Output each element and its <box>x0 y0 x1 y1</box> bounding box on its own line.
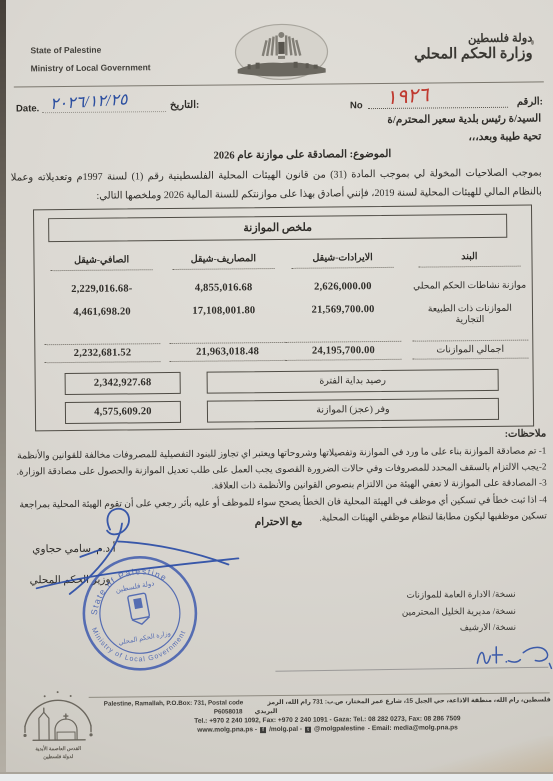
surplus-deficit-value: 4,575,609.20 <box>65 401 181 424</box>
photo-speck <box>531 40 534 45</box>
footer-web-line: www.molg.pna.ps - f /molg.pal - t @molgp… <box>104 723 551 734</box>
photo-bottom-surface <box>0 772 553 781</box>
greeting-line: تحية طيبة وبعد،،، <box>468 130 541 143</box>
facebook-icon: f <box>260 727 266 733</box>
col-header-item: البند <box>407 251 531 268</box>
surplus-deficit-label: وفر (عجز) الموازنة <box>207 398 499 423</box>
header-divider <box>14 81 544 87</box>
row-revenues: 2,626,000.00 <box>278 281 407 293</box>
ref-number-label-ar: الرقم: <box>517 96 543 107</box>
table-row: الموازنات ذات الطبيعة التجارية 21,569,70… <box>35 303 532 330</box>
row-net: 4,461,698.20 <box>35 306 169 329</box>
col-header-expenses: المصاريف-شيقل <box>169 253 278 270</box>
opening-balance-label: رصيد بداية الفترة <box>207 369 499 394</box>
total-revenues: 24,195,700.00 <box>279 341 408 361</box>
row-net: 2,229,016.68- <box>35 283 169 295</box>
header-arabic: دولة فلسطين وزارة الحكم المحلي <box>414 31 533 64</box>
table-title: ملخص الموازنة <box>48 214 507 242</box>
svg-text:وزارة الحكم المحلي: وزارة الحكم المحلي <box>118 629 172 647</box>
minister-signature-ink <box>22 498 253 610</box>
budget-summary-table: ملخص الموازنة البند الايرادات-شيقل المصا… <box>33 205 534 432</box>
photo-corner-highlight <box>418 736 553 774</box>
ref-number-handwritten: ١٩٢٦ <box>385 82 430 110</box>
header-ar-line1: دولة فلسطين <box>414 31 533 46</box>
footer-postal-ar: البريدي <box>255 708 278 715</box>
body-paragraph: بموجب الصلاحيات المخولة لي بموجب المادة … <box>11 164 542 206</box>
twitter-icon: t <box>305 726 311 732</box>
footer-website: www.molg.pna.ps - <box>197 726 257 734</box>
logo-caption-1: القدس العاصمة الأبدية <box>35 744 81 752</box>
letter-content: State of Palestine Ministry of Local Gov… <box>0 0 553 781</box>
row-item-label: موازنة نشاطات الحكم المحلي <box>407 280 531 292</box>
header-en-line1: State of Palestine <box>30 40 150 59</box>
copy-line: نسخة/ الادارة العامة للموازنات <box>402 586 516 604</box>
footer-twitter-handle: @molgpalestine <box>314 725 365 732</box>
row-item-label: الموازنات ذات الطبيعة التجارية <box>408 303 532 326</box>
footer-block: Palestine, Ramallah, P.O.Box: 731, Posta… <box>104 696 551 734</box>
opening-balance-value: 2,342,927.68 <box>65 372 181 395</box>
jerusalem-logo-icon: القدس العاصمة الأبدية لدولة فلسطين <box>17 680 100 767</box>
header-en-line2: Ministry of Local Government <box>31 58 151 77</box>
col-header-net: الصافي-شيقل <box>34 254 168 271</box>
col-header-revenues: الايرادات-شيقل <box>278 252 407 269</box>
table-header-row: البند الايرادات-شيقل المصاريف-شيقل الصاف… <box>34 251 531 272</box>
table-total-row: اجمالي الموازنات 24,195,700.00 21,963,01… <box>35 340 532 364</box>
photo-speck <box>537 96 539 99</box>
copy-line: نسخة/ الارشيف <box>402 619 516 637</box>
footer-postal-code: P6058018 <box>214 708 243 715</box>
ref-number-label-en: No <box>350 100 363 111</box>
header-english: State of Palestine Ministry of Local Gov… <box>30 40 150 78</box>
row-expenses: 17,108,001.80 <box>169 305 279 328</box>
table-row: موازنة نشاطات الحكم المحلي 2,626,000.00 … <box>35 280 532 296</box>
total-net: 2,232,681.52 <box>35 343 169 363</box>
total-expenses: 21,963,018.48 <box>169 342 279 362</box>
date-label-en: Date. <box>16 103 39 114</box>
row-expenses: 4,855,016.68 <box>169 282 278 294</box>
registry-initials-ink <box>471 639 553 670</box>
date-label-ar: التاريخ: <box>170 100 199 111</box>
footer-email: - Email: media@molg.pna.ps <box>368 724 458 732</box>
header-ar-line2: وزارة الحكم المحلي <box>414 46 533 64</box>
footer-address-en: Palestine, Ramallah, P.O.Box: 731, Posta… <box>104 699 244 707</box>
copies-list: نسخة/ الادارة العامة للموازنات نسخة/ مدي… <box>402 586 517 637</box>
copy-line: نسخة/ مديرية الخليل المحترمين <box>402 602 516 620</box>
row-revenues: 21,569,700.00 <box>278 304 407 327</box>
subject-line: الموضوع: المصادقة على موازنة عام 2026 <box>53 146 551 163</box>
total-label: اجمالي الموازنات <box>408 340 532 360</box>
notes-heading: ملاحظات: <box>505 428 547 439</box>
addressee-line: السيد/ة رئيس بلدية سعير المحترم/ة <box>387 112 541 125</box>
photographed-letter: { "header": { "en_line1": "State of Pale… <box>0 0 553 781</box>
palestine-eagle-emblem-icon <box>233 22 330 81</box>
logo-caption-2: لدولة فلسطين <box>43 754 73 760</box>
footer-facebook-handle: /molg.pal - <box>269 726 302 733</box>
